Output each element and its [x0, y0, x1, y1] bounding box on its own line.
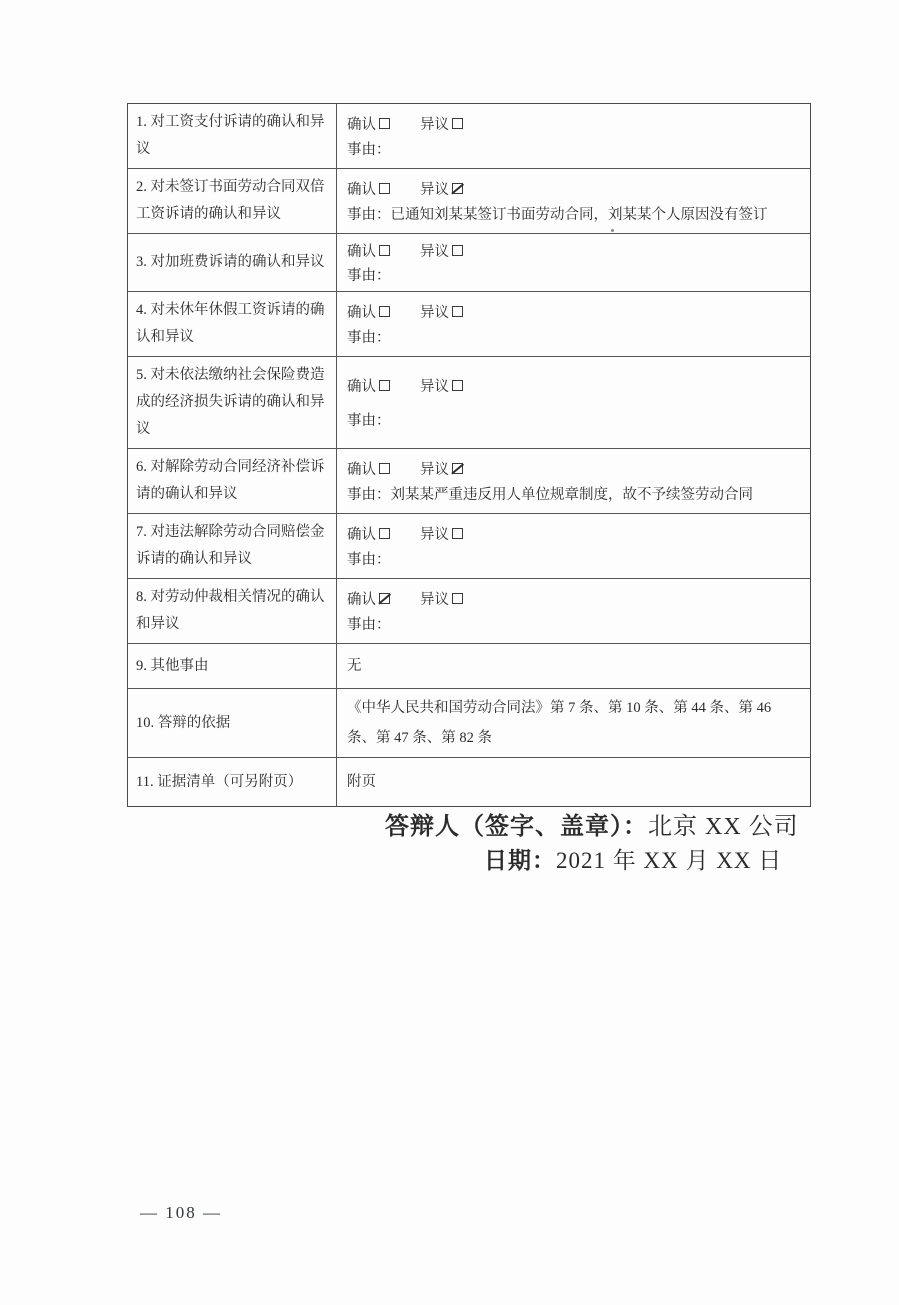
reason-text: 已通知刘某某签订书面劳动合同，刘某某个人原因没有签订 — [391, 207, 768, 223]
reason-label: 事由： — [347, 330, 391, 346]
objection-checkbox[interactable] — [452, 245, 463, 256]
checkbox-line: 确认 异议 — [347, 301, 802, 322]
row-label: 11. 证据清单（可另附页） — [128, 758, 337, 806]
reason-label: 事由： — [347, 413, 391, 429]
reason-line: 事由： — [347, 264, 802, 285]
row-response-cell: 确认 异议 事由：刘某某严重违反用人单位规章制度，故不予续签劳动合同 — [337, 449, 810, 513]
reason-line: 事由：刘某某严重违反用人单位规章制度，故不予续签劳动合同 — [347, 483, 802, 504]
confirm-label: 确认 — [347, 375, 376, 396]
row-response-cell: 确认 异议 事由： — [337, 357, 810, 448]
date-value: 2021 年 XX 月 XX 日 — [556, 848, 782, 873]
checkbox-line: 确认 异议 — [347, 523, 802, 544]
respondent-signature-line: 答辩人（签字、盖章）：北京 XX 公司 — [385, 806, 799, 841]
confirm-checkbox[interactable] — [379, 183, 390, 194]
table-row: 11. 证据清单（可另附页） 附页 — [128, 758, 810, 806]
confirm-checkbox[interactable] — [379, 245, 390, 256]
objection-label: 异议 — [420, 113, 449, 134]
table-row: 1. 对工资支付诉请的确认和异议 确认 异议 事由： — [128, 104, 810, 169]
reason-line: 事由： — [347, 409, 802, 430]
objection-checkbox[interactable] — [452, 183, 463, 194]
reason-text: 刘某某严重违反用人单位规章制度，故不予续签劳动合同 — [391, 487, 754, 503]
confirm-checkbox[interactable] — [379, 528, 390, 539]
row-response-cell: 确认 异议 事由： — [337, 579, 810, 643]
reason-label: 事由： — [347, 142, 391, 158]
row-label: 3. 对加班费诉请的确认和异议 — [128, 234, 337, 291]
page-number: — 108 — — [140, 1203, 222, 1223]
objection-label: 异议 — [420, 240, 449, 261]
row-label: 8. 对劳动仲裁相关情况的确认和异议 — [128, 579, 337, 643]
reason-line: 事由： — [347, 138, 802, 159]
row-label: 5. 对未依法缴纳社会保险费造成的经济损失诉请的确认和异议 — [128, 357, 337, 448]
response-table: 1. 对工资支付诉请的确认和异议 确认 异议 事由： 2. 对未签订书面劳动合同… — [127, 103, 811, 807]
row-label: 9. 其他事由 — [128, 644, 337, 688]
objection-checkbox[interactable] — [452, 528, 463, 539]
date-line: 日期：2021 年 XX 月 XX 日 — [484, 842, 782, 875]
checkbox-line: 确认 异议 — [347, 113, 802, 134]
table-row: 5. 对未依法缴纳社会保险费造成的经济损失诉请的确认和异议 确认 异议 事由： — [128, 357, 810, 449]
checkbox-line: 确认 异议 — [347, 458, 802, 479]
confirm-label: 确认 — [347, 458, 376, 479]
row-label: 4. 对未休年休假工资诉请的确认和异议 — [128, 292, 337, 356]
confirm-checkbox[interactable] — [379, 380, 390, 391]
table-row: 7. 对违法解除劳动合同赔偿金诉请的确认和异议 确认 异议 事由： — [128, 514, 810, 579]
table-row: 8. 对劳动仲裁相关情况的确认和异议 确认 异议 事由： — [128, 579, 810, 644]
cell-content: 《中华人民共和国劳动合同法》第 7 条、第 10 条、第 44 条、第 46 条… — [347, 693, 802, 753]
cell-content: 附页 — [347, 767, 802, 797]
table-row: 4. 对未休年休假工资诉请的确认和异议 确认 异议 事由： — [128, 292, 810, 357]
objection-checkbox[interactable] — [452, 118, 463, 129]
cell-content: 无 — [347, 651, 802, 681]
confirm-label: 确认 — [347, 301, 376, 322]
reason-label: 事由： — [347, 617, 391, 633]
reason-label: 事由： — [347, 207, 391, 223]
objection-label: 异议 — [420, 523, 449, 544]
row-response-cell: 确认 异议 事由： — [337, 234, 810, 291]
checkbox-line: 确认 异议 — [347, 178, 802, 199]
objection-label: 异议 — [420, 588, 449, 609]
confirm-checkbox[interactable] — [379, 463, 390, 474]
confirm-label: 确认 — [347, 113, 376, 134]
checkbox-line: 确认 异议 — [347, 375, 802, 396]
table-row: 9. 其他事由 无 — [128, 644, 810, 689]
table-row: 6. 对解除劳动合同经济补偿诉请的确认和异议 确认 异议 事由：刘某某严重违反用… — [128, 449, 810, 514]
confirm-checkbox[interactable] — [379, 118, 390, 129]
confirm-label: 确认 — [347, 240, 376, 261]
reason-label: 事由： — [347, 552, 391, 568]
reason-line: 事由： — [347, 548, 802, 569]
respondent-label: 答辩人（签字、盖章）： — [385, 813, 648, 840]
objection-checkbox[interactable] — [452, 380, 463, 391]
table-row: 10. 答辩的依据 《中华人民共和国劳动合同法》第 7 条、第 10 条、第 4… — [128, 689, 810, 758]
row-label: 7. 对违法解除劳动合同赔偿金诉请的确认和异议 — [128, 514, 337, 578]
reason-line: 事由：已通知刘某某签订书面劳动合同，刘某某个人原因没有签订 — [347, 203, 802, 224]
objection-label: 异议 — [420, 178, 449, 199]
objection-label: 异议 — [420, 301, 449, 322]
row-label: 1. 对工资支付诉请的确认和异议 — [128, 104, 337, 168]
row-response-cell: 附页 — [337, 758, 810, 806]
table-row: 2. 对未签订书面劳动合同双倍工资诉请的确认和异议 确认 异议 事由：已通知刘某… — [128, 169, 810, 234]
confirm-label: 确认 — [347, 178, 376, 199]
table-row: 3. 对加班费诉请的确认和异议 确认 异议 事由： — [128, 234, 810, 292]
reason-label: 事由： — [347, 487, 391, 503]
row-label: 6. 对解除劳动合同经济补偿诉请的确认和异议 — [128, 449, 337, 513]
objection-checkbox[interactable] — [452, 463, 463, 474]
checkbox-line: 确认 异议 — [347, 588, 802, 609]
objection-checkbox[interactable] — [452, 593, 463, 604]
reason-line: 事由： — [347, 613, 802, 634]
confirm-checkbox[interactable] — [379, 593, 390, 604]
row-label: 2. 对未签订书面劳动合同双倍工资诉请的确认和异议 — [128, 169, 337, 233]
row-response-cell: 无 — [337, 644, 810, 688]
objection-label: 异议 — [420, 375, 449, 396]
row-label: 10. 答辩的依据 — [128, 689, 337, 757]
objection-checkbox[interactable] — [452, 306, 463, 317]
confirm-label: 确认 — [347, 588, 376, 609]
row-response-cell: 《中华人民共和国劳动合同法》第 7 条、第 10 条、第 44 条、第 46 条… — [337, 689, 810, 757]
row-response-cell: 确认 异议 事由： — [337, 104, 810, 168]
confirm-checkbox[interactable] — [379, 306, 390, 317]
respondent-name: 北京 XX 公司 — [648, 814, 799, 840]
reason-label: 事由： — [347, 268, 391, 284]
confirm-label: 确认 — [347, 523, 376, 544]
reason-line: 事由： — [347, 326, 802, 347]
row-response-cell: 确认 异议 事由：已通知刘某某签订书面劳动合同，刘某某个人原因没有签订 — [337, 169, 810, 233]
objection-label: 异议 — [420, 458, 449, 479]
date-label: 日期： — [484, 847, 556, 873]
checkbox-line: 确认 异议 — [347, 240, 802, 261]
scan-artifact-dot — [611, 229, 614, 232]
row-response-cell: 确认 异议 事由： — [337, 292, 810, 356]
row-response-cell: 确认 异议 事由： — [337, 514, 810, 578]
